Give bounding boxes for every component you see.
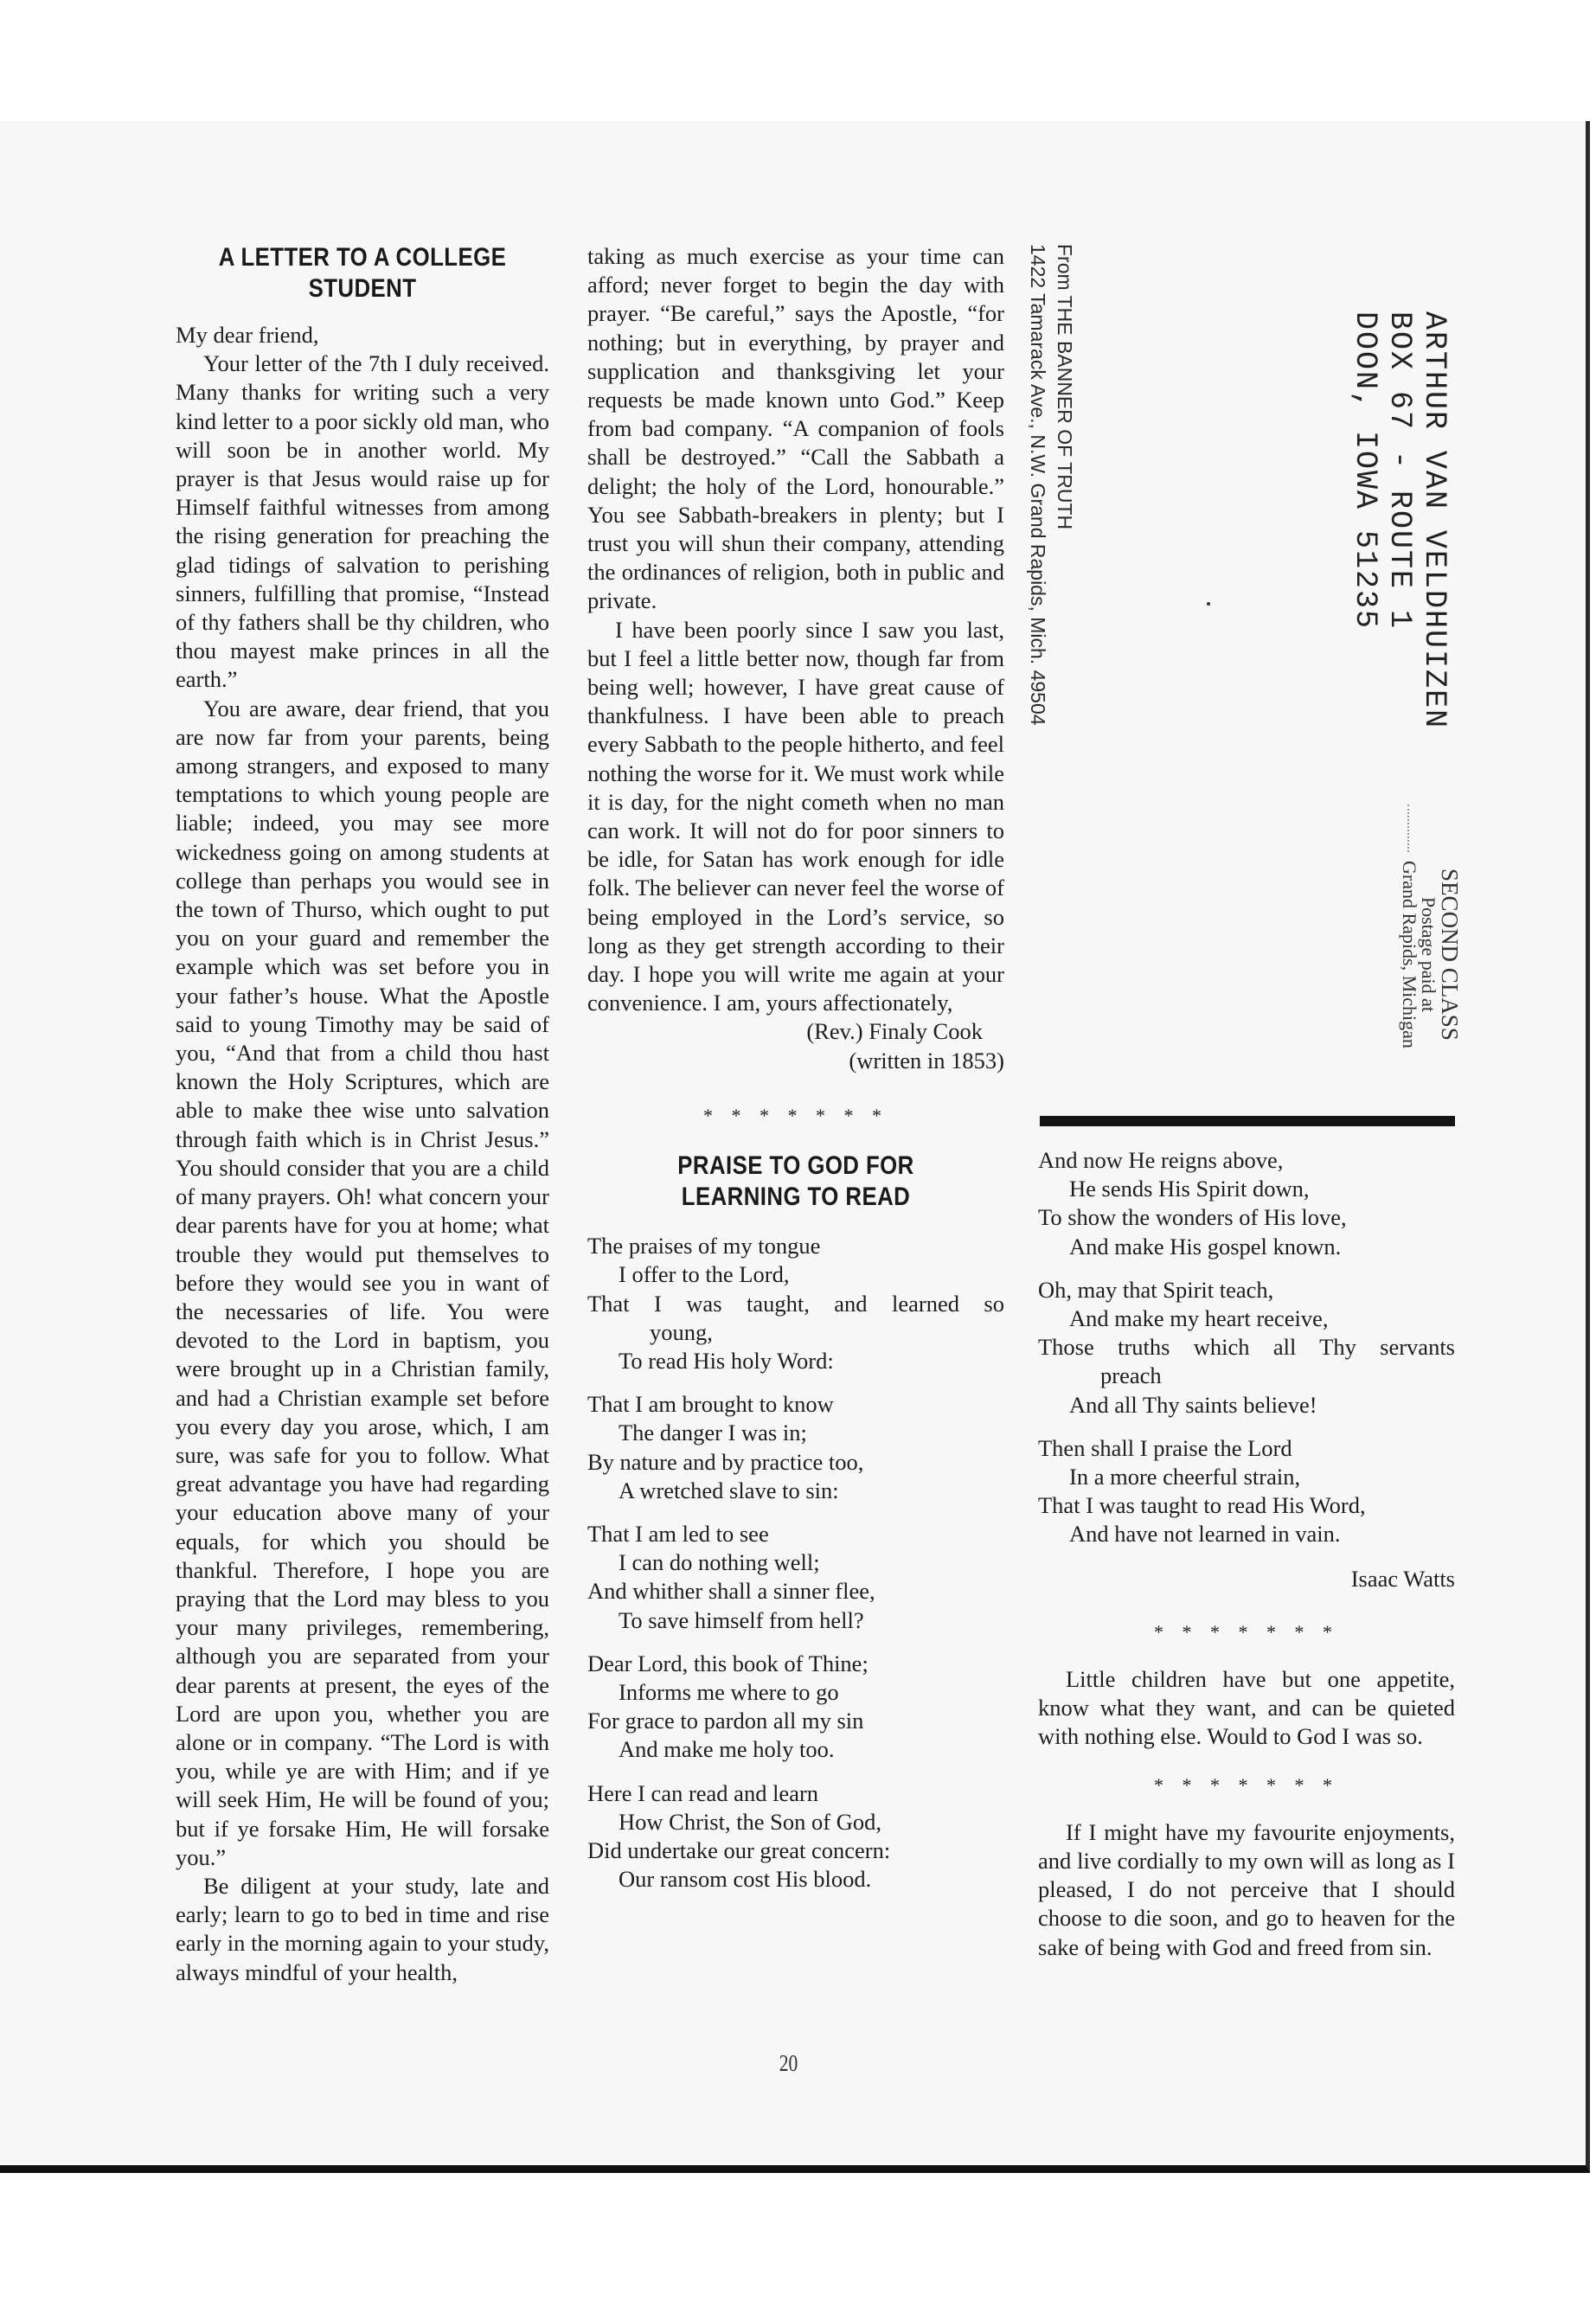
poem-line: That I am brought to know bbox=[587, 1390, 1004, 1419]
poem-stanza: The praises of my tongueI offer to the L… bbox=[587, 1232, 1004, 1375]
poem-line: And make His gospel known. bbox=[1038, 1233, 1455, 1261]
separator: * * * * * * * bbox=[1038, 1771, 1455, 1799]
poem-line: And have not learned in vain. bbox=[1038, 1520, 1455, 1548]
permit-line: Grand Rapids, Michigan bbox=[1400, 861, 1419, 1048]
letter-paragraph: I have been poorly since I saw you last,… bbox=[587, 616, 1004, 1018]
poem-line: The danger I was in; bbox=[587, 1419, 1004, 1447]
poem-line: A wretched slave to sin: bbox=[587, 1477, 1004, 1505]
poem-line: By nature and by practice too, bbox=[587, 1448, 1004, 1477]
poem-line: Our ransom cost His blood. bbox=[587, 1865, 1004, 1894]
poem-line: preach bbox=[1038, 1362, 1455, 1390]
quote-paragraph: Little children have but one appetite, k… bbox=[1038, 1665, 1455, 1752]
salutation: My dear friend, bbox=[176, 321, 549, 349]
poem-line: Did undertake our great concern: bbox=[587, 1836, 1004, 1865]
poem-line: Oh, may that Spirit teach, bbox=[1038, 1276, 1455, 1304]
recipient-address: ARTHUR VAN VELDHUIZEN BOX 67 - ROUTE 1 D… bbox=[1348, 311, 1452, 729]
poem-line: And now He reigns above, bbox=[1038, 1146, 1455, 1175]
poem-line: young, bbox=[587, 1318, 1004, 1347]
date-note: (written in 1853) bbox=[587, 1047, 1004, 1075]
speck bbox=[1207, 602, 1210, 606]
poem-line: Those truths which all Thy servants bbox=[1038, 1333, 1455, 1362]
poem-line: That I was taught to read His Word, bbox=[1038, 1491, 1455, 1520]
poem-line: Informs me where to go bbox=[587, 1678, 1004, 1707]
article-title: A LETTER TO A COLLEGE STUDENT bbox=[202, 242, 523, 304]
poem-line: And make my heart receive, bbox=[1038, 1304, 1455, 1333]
poem-line: To read His holy Word: bbox=[587, 1347, 1004, 1375]
poem-stanzas: And now He reigns above,He sends His Spi… bbox=[1038, 1146, 1455, 1549]
letter-column: A LETTER TO A COLLEGE STUDENT My dear fr… bbox=[176, 242, 549, 1987]
poem-line: To show the wonders of His love, bbox=[1038, 1203, 1455, 1232]
right-column: And now He reigns above,He sends His Spi… bbox=[1038, 1146, 1455, 1962]
poem-line: In a more cheerful strain, bbox=[1038, 1463, 1455, 1491]
poem-line: The praises of my tongue bbox=[587, 1232, 1004, 1260]
poem-line: That I was taught, and learned so bbox=[587, 1290, 1004, 1318]
permit-class: SECOND CLASS bbox=[1438, 861, 1462, 1048]
poem-title: PRAISE TO GOD FOR LEARNING TO READ bbox=[617, 1150, 976, 1213]
poem-stanza: Dear Lord, this book of Thine;Informs me… bbox=[587, 1650, 1004, 1765]
poem-line: And all Thy saints believe! bbox=[1038, 1391, 1455, 1420]
poem-author: Isaac Watts bbox=[1038, 1565, 1455, 1593]
letter-paragraph-continued: taking as much exercise as your time can… bbox=[587, 242, 1004, 616]
return-address-line: 1422 Tamarack Ave., N.W. Grand Rapids, M… bbox=[1024, 244, 1051, 726]
poem-line: And make me holy too. bbox=[587, 1735, 1004, 1764]
poem-line: How Christ, the Son of God, bbox=[587, 1808, 1004, 1836]
recipient-name: ARTHUR VAN VELDHUIZEN bbox=[1417, 311, 1452, 729]
return-address: From THE BANNER OF TRUTH 1422 Tamarack A… bbox=[1024, 244, 1078, 726]
poem-stanza: That I am led to seeI can do nothing wel… bbox=[587, 1520, 1004, 1635]
recipient-address-line: BOX 67 - ROUTE 1 bbox=[1382, 311, 1417, 729]
poem-line: Here I can read and learn bbox=[587, 1779, 1004, 1808]
poem-line: To save himself from hell? bbox=[587, 1606, 1004, 1635]
letter-paragraph: Your letter of the 7th I duly received. … bbox=[176, 349, 549, 694]
poem-line: Dear Lord, this book of Thine; bbox=[587, 1650, 1004, 1678]
signature: (Rev.) Finaly Cook bbox=[587, 1017, 1004, 1046]
page-number: 20 bbox=[779, 2050, 798, 2077]
dotted-mark bbox=[1407, 804, 1410, 852]
letter-paragraph: You are aware, dear friend, that you are… bbox=[176, 695, 549, 1872]
poem-stanzas: The praises of my tongueI offer to the L… bbox=[587, 1232, 1004, 1894]
poem-title-line: PRAISE TO GOD FOR bbox=[617, 1150, 976, 1182]
poem-stanza: Then shall I praise the LordIn a more ch… bbox=[1038, 1434, 1455, 1549]
poem-line: I offer to the Lord, bbox=[587, 1260, 1004, 1289]
middle-column: taking as much exercise as your time can… bbox=[587, 242, 1004, 1908]
poem-line: He sends His Spirit down, bbox=[1038, 1175, 1455, 1203]
postage-permit: SECOND CLASS Postage paid at Grand Rapid… bbox=[1400, 861, 1462, 1048]
poem-stanza: Here I can read and learnHow Christ, the… bbox=[587, 1779, 1004, 1894]
poem-stanza: Oh, may that Spirit teach,And make my he… bbox=[1038, 1276, 1455, 1420]
poem-stanza: And now He reigns above,He sends His Spi… bbox=[1038, 1146, 1455, 1261]
letter-paragraph: Be diligent at your study, late and earl… bbox=[176, 1872, 549, 1987]
poem-line: For grace to pardon all my sin bbox=[587, 1707, 1004, 1735]
poem-line: Then shall I praise the Lord bbox=[1038, 1434, 1455, 1463]
label-divider-bar bbox=[1040, 1116, 1455, 1126]
permit-line: Postage paid at bbox=[1419, 861, 1438, 1048]
return-address-line: From THE BANNER OF TRUTH bbox=[1051, 244, 1078, 726]
poem-stanza: That I am brought to knowThe danger I wa… bbox=[587, 1390, 1004, 1505]
poem-title-line: LEARNING TO READ bbox=[617, 1182, 976, 1213]
separator: * * * * * * * bbox=[1038, 1618, 1455, 1646]
separator: * * * * * * * bbox=[587, 1101, 1004, 1130]
poem-line: That I am led to see bbox=[587, 1520, 1004, 1548]
poem-line: I can do nothing well; bbox=[587, 1548, 1004, 1577]
quote-paragraph: If I might have my favourite enjoyments,… bbox=[1038, 1818, 1455, 1962]
poem-line: And whither shall a sinner flee, bbox=[587, 1577, 1004, 1606]
recipient-address-line: DOON, IOWA 51235 bbox=[1348, 311, 1382, 729]
